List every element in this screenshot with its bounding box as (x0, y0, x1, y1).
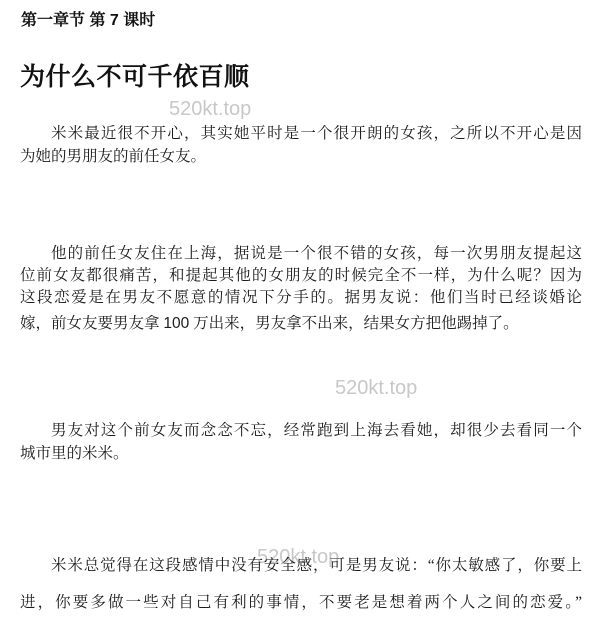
paragraph-line: 米米最近很不开心，其实她平时是一个很开朗的女孩，之所以不开心是因 (20, 124, 582, 143)
page-title: 为什么不可千依百顺 (20, 64, 250, 92)
paragraph-line: 他的前任女友住在上海，据说是一个很不错的女孩，每一次男朋友提起这 (20, 244, 582, 263)
paragraph-line: 城市里的米米。 (20, 444, 582, 463)
amount-number: 100 (163, 315, 189, 332)
paragraph-line: 位前女友都很痛苦，和提起其他的女朋友的时候完全不一样，为什么呢？因为 (20, 266, 582, 285)
paragraph-line-segment: 嫁，前女友要男友拿 (20, 315, 163, 332)
paragraph-line: 男友对这个前女友而念念不忘，经常跑到上海去看她，却很少去看同一个 (20, 421, 582, 440)
paragraph-line-segment: 万出来，男友拿不出来，结果女方把他踢掉了。 (189, 315, 518, 332)
paragraph-line: 为她的男朋友的前任女友。 (20, 147, 582, 166)
watermark: 520kt.top (335, 378, 417, 398)
watermark: 520kt.top (169, 99, 251, 119)
chapter-heading: 第一章节 第 7 课时 (21, 11, 155, 30)
document-page: 第一章节 第 7 课时 为什么不可千依百顺 520kt.top 520kt.to… (0, 0, 600, 634)
paragraph-line: 进，你要多做一些对自己有利的事情，不要老是想着两个人之间的恋爱。” (20, 593, 582, 612)
paragraph-line: 米米总觉得在这段感情中没有安全感，可是男友说：“你太敏感了，你要上 (20, 556, 582, 575)
paragraph-line: 嫁，前女友要男友拿 100 万出来，男友拿不出来，结果女方把他踢掉了。 (20, 314, 582, 333)
paragraph-line: 这段恋爱是在男友不愿意的情况下分手的。据男友说：他们当时已经谈婚论 (20, 288, 582, 307)
